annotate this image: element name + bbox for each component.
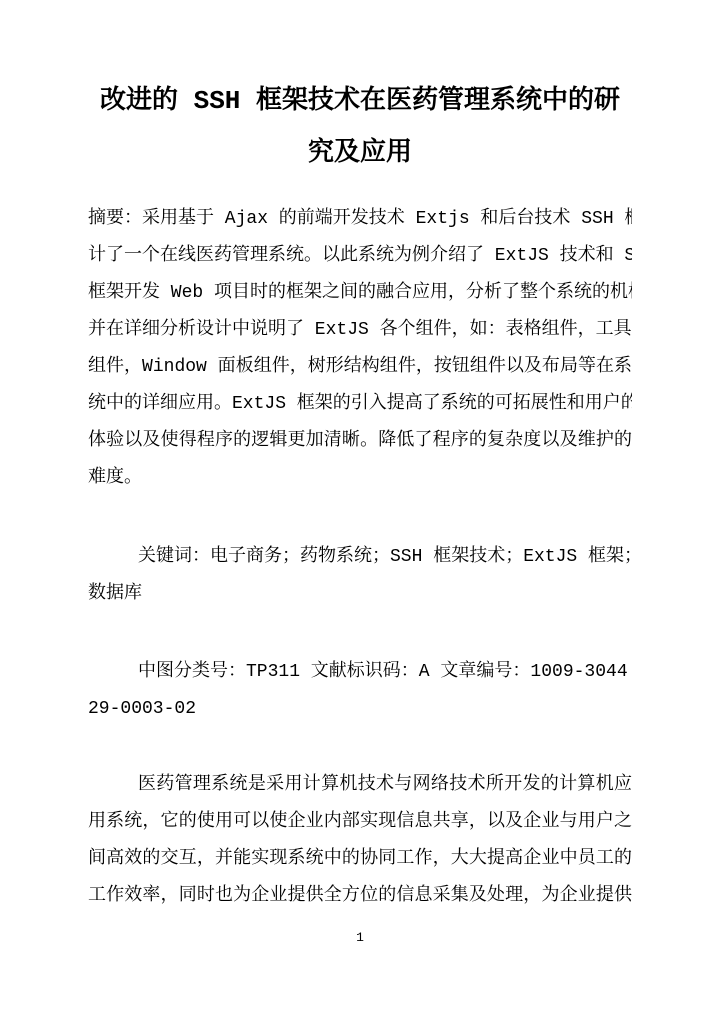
abstract-line: 组件，Window 面板组件，树形结构组件，按钮组件以及布局等在系 [88, 349, 632, 386]
document-page: 改进的 SSH 框架技术在医药管理系统中的研 究及应用 摘要：采用基于 Ajax… [0, 0, 721, 1020]
abstract-line: 框架开发 Web 项目时的框架之间的融合应用，分析了整个系统的机构。 [88, 275, 632, 312]
abstract-line: 体验以及使得程序的逻辑更加清晰。降低了程序的复杂度以及维护的 [88, 423, 632, 460]
body-paragraph: 医药管理系统是采用计算机技术与网络技术所开发的计算机应 用系统，它的使用可以使企… [88, 767, 632, 915]
abstract-line: 计了一个在线医药管理系统。以此系统为例介绍了 ExtJS 技术和 SSH [88, 238, 632, 275]
body-line: 用系统，它的使用可以使企业内部实现信息共享，以及企业与用户之 [88, 804, 632, 841]
title-line: 改进的 SSH 框架技术在医药管理系统中的研 [88, 75, 632, 127]
classification-line: 29-0003-02 [88, 691, 632, 728]
classification-paragraph: 中图分类号：TP311 文献标识码：A 文章编号：1009-3044（2015）… [88, 654, 632, 728]
abstract-line: 并在详细分析设计中说明了 ExtJS 各个组件，如：表格组件，工具栏 [88, 312, 632, 349]
abstract-paragraph: 摘要：采用基于 Ajax 的前端开发技术 Extjs 和后台技术 SSH 框架设… [88, 201, 632, 497]
keywords-line: 关键词：电子商务；药物系统；SSH 框架技术；ExtJS 框架；MySQL [88, 539, 632, 576]
body-line: 工作效率，同时也为企业提供全方位的信息采集及处理，为企业提供 [88, 878, 632, 915]
abstract-line: 摘要：采用基于 Ajax 的前端开发技术 Extjs 和后台技术 SSH 框架设 [88, 201, 632, 238]
page-number: 1 [88, 930, 632, 946]
document-title: 改进的 SSH 框架技术在医药管理系统中的研 究及应用 [88, 75, 632, 179]
abstract-line: 难度。 [88, 460, 632, 497]
title-line: 究及应用 [88, 127, 632, 179]
body-line: 医药管理系统是采用计算机技术与网络技术所开发的计算机应 [88, 767, 632, 804]
classification-line: 中图分类号：TP311 文献标识码：A 文章编号：1009-3044（2015） [88, 654, 632, 691]
keywords-paragraph: 关键词：电子商务；药物系统；SSH 框架技术；ExtJS 框架；MySQL 数据… [88, 539, 632, 613]
keywords-line: 数据库 [88, 576, 632, 613]
body-line: 间高效的交互，并能实现系统中的协同工作，大大提高企业中员工的 [88, 841, 632, 878]
abstract-line: 统中的详细应用。ExtJS 框架的引入提高了系统的可拓展性和用户的 [88, 386, 632, 423]
